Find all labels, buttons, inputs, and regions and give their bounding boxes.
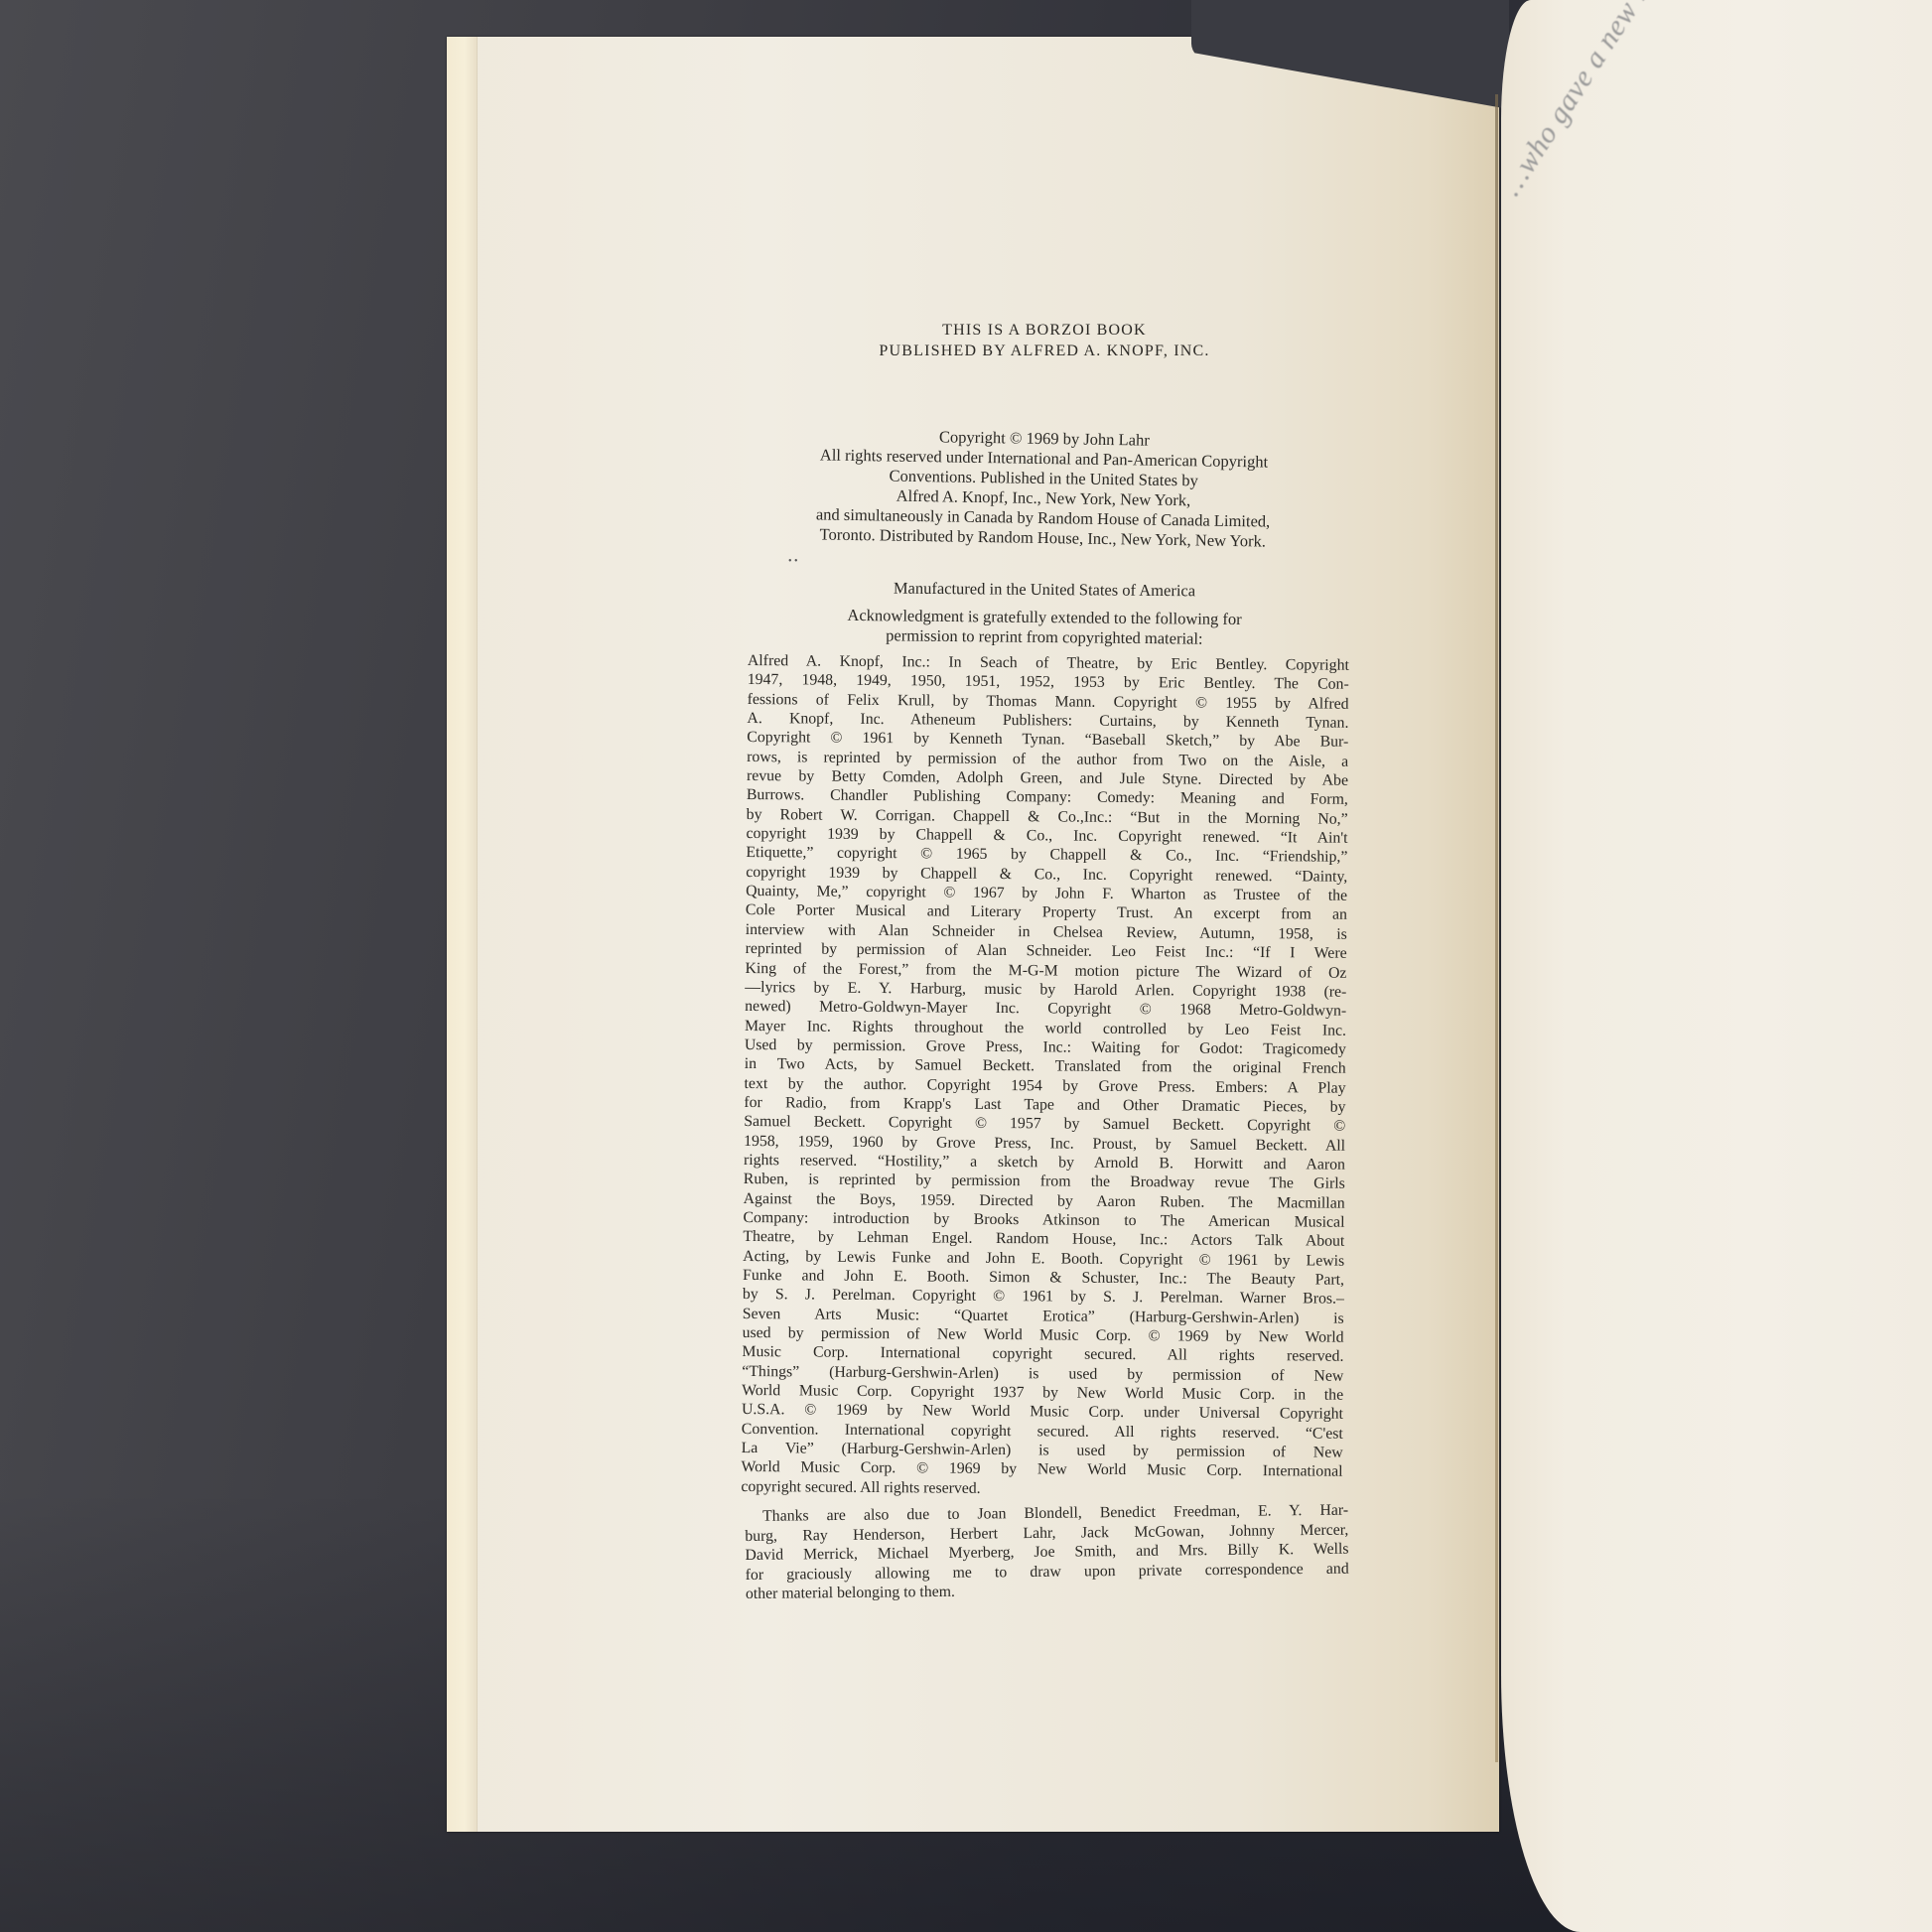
imprint-line: PUBLISHED BY ALFRED A. KNOPF, INC. [747,341,1342,361]
acknowledgment-heading: Acknowledgment is gratefully extended to… [747,605,1342,650]
thanks-paragraph: Thanks are also due to Joan Blondell, Be… [745,1501,1349,1604]
permissions-credits: Alfred A. Knopf, Inc.: In Seach of Theat… [741,651,1349,1501]
book-gutter [1495,94,1498,1762]
right-page [1501,0,1932,1932]
ornament-dots: • • [788,556,798,567]
imprint-line: THIS IS A BORZOI BOOK [747,320,1342,341]
publisher-imprint: THIS IS A BORZOI BOOK PUBLISHED BY ALFRE… [747,320,1342,361]
copyright-notice: Copyright © 1969 by John Lahr All rights… [735,424,1352,553]
